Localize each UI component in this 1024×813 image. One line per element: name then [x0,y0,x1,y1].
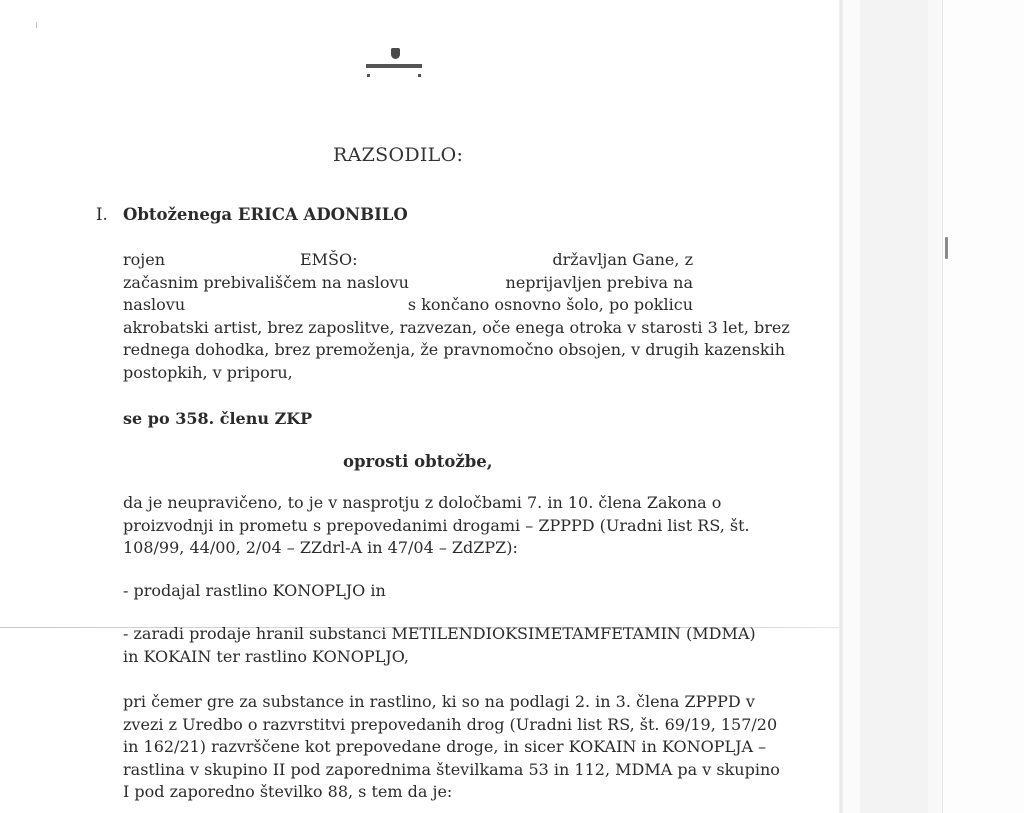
verdict-heading: RAZSODILO: [333,144,463,166]
text-line: 108/99, 44/00, 2/04 – ZZdrl-A in 47/04 –… [123,537,693,560]
text-line: rojen EMŠO: državljan Gane, z [123,249,693,272]
scrollbar-thumb[interactable] [945,237,948,259]
text-line: - zaradi prodaje hranil substanci METILE… [123,623,693,646]
text-line: postopkih, v priporu, [123,362,693,385]
side-strip [928,0,942,813]
text-line: rastlina v skupino II pod zaporednima št… [123,759,693,782]
text-line: in 162/21) razvrščene kot prepovedane dr… [123,736,693,759]
side-panel [860,0,928,813]
charge-item: - zaradi prodaje hranil substanci METILE… [123,623,693,668]
verdict-text: oprosti obtožbe, [343,452,492,471]
text-line: - prodajal rastlino KONOPLJO in [123,580,693,603]
section-number: I. [96,205,108,224]
text-line: akrobatski artist, brez zaposlitve, razv… [123,317,693,340]
legal-basis: se po 358. členu ZKP [123,408,693,431]
document-page: RAZSODILO: I. Obtoženega ERICA ADONBILO … [0,0,840,813]
personal-details-paragraph: rojen EMŠO: državljan Gane, z začasnim p… [123,249,693,385]
viewer-gutter [843,0,860,813]
charge-item: - prodajal rastlino KONOPLJO in [123,580,693,603]
text-line: pri čemer gre za substance in rastlino, … [123,691,693,714]
classification-paragraph: pri čemer gre za substance in rastlino, … [123,691,693,804]
text-line: in KOKAIN ter rastlino KONOPLJO, [123,646,693,669]
coat-of-arms-icon [366,48,424,78]
text-line: rednega dohodka, brez premoženja, že pra… [123,339,693,362]
charge-intro-paragraph: da je neupravičeno, to je v nasprotju z … [123,492,693,560]
accused-name: Obtoženega ERICA ADONBILO [123,205,408,224]
text-line: naslovu s končano osnovno šolo, po pokli… [123,294,693,317]
text-line: proizvodnji in prometu s prepovedanimi d… [123,515,693,538]
text-line: da je neupravičeno, to je v nasprotju z … [123,492,693,515]
shield-icon [391,48,400,59]
text-line: začasnim prebivališčem na naslovu neprij… [123,272,693,295]
right-area [943,0,1024,813]
text-line: zvezi z Uredbo o razvrstitvi prepovedani… [123,714,693,737]
text-line: I pod zaporedno številko 88, s tem da je… [123,781,693,804]
scan-speck [36,22,37,28]
